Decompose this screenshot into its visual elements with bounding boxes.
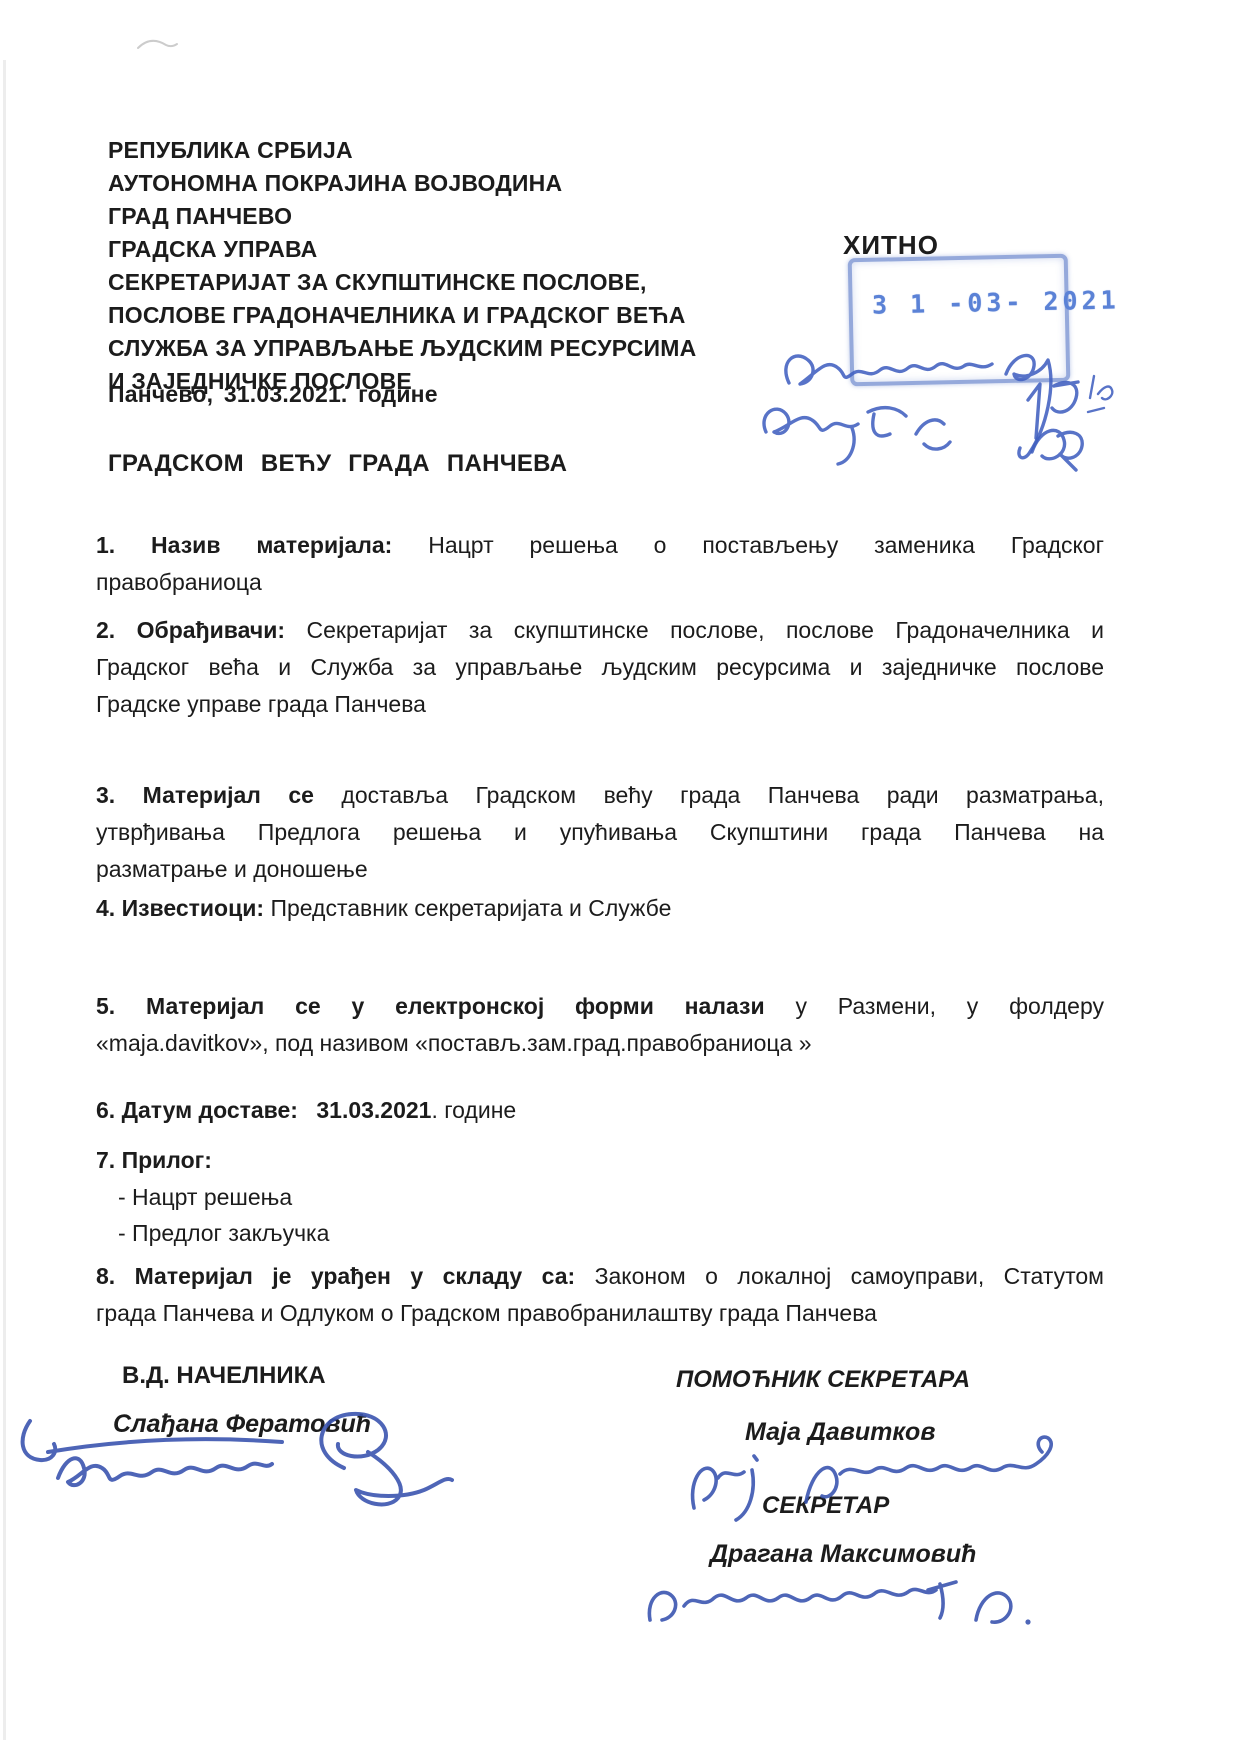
item-4-line-1: 4. Известиоци: Представник секретаријата… bbox=[96, 890, 1104, 927]
letterhead-line: ПОСЛОВЕ ГРАДОНАЧЕЛНИКА И ГРАДСКОГ ВЕЋА bbox=[108, 299, 696, 332]
pencil-mark bbox=[138, 41, 177, 48]
item-7-attachment-2: - Предлог закључка bbox=[96, 1215, 1104, 1251]
signature-right-name-2: Драгана Максимовић bbox=[710, 1540, 976, 1569]
item-6: 6. Датум доставе: 31.03.2021. године bbox=[96, 1092, 1104, 1129]
signature-right-handwriting-2: Драгана Максимовић bbox=[649, 1582, 1030, 1625]
item-6-date: 31.03.2021 bbox=[316, 1097, 431, 1123]
item-2-line-2: Градског већа и Служба за управљање људс… bbox=[96, 649, 1104, 686]
item-1-line-1: 1. Назив материјала: Нацрт решења о пост… bbox=[96, 527, 1104, 564]
item-7: 7. Прилог: - Нацрт решења - Предлог закљ… bbox=[96, 1142, 1104, 1251]
place-date-line: Панчево, 31.03.2021. године bbox=[108, 381, 438, 408]
signature-left-title: В.Д. НАЧЕЛНИКА bbox=[122, 1362, 326, 1390]
item-4: 4. Известиоци: Представник секретаријата… bbox=[96, 890, 1104, 927]
item-7-label: 7. Прилог: bbox=[96, 1147, 212, 1173]
item-8-line-1: 8. Материјал је урађен у складу са: Зако… bbox=[96, 1258, 1104, 1295]
item-3-line-3: разматрање и доношење bbox=[96, 851, 1104, 888]
letterhead-line: СЛУЖБА ЗА УПРАВЉАЊЕ ЉУДСКИМ РЕСУРСИМА bbox=[108, 332, 696, 365]
signature-right-title-1: ПОМОЋНИК СЕКРЕТАРА bbox=[676, 1366, 970, 1394]
letterhead-line: СЕКРЕТАРИЈАТ ЗА СКУПШТИНСКЕ ПОСЛОВЕ, bbox=[108, 266, 696, 299]
addressee-line: ГРАДСКОМ ВЕЋУ ГРАДА ПАНЧЕВА bbox=[108, 450, 567, 478]
item-1: 1. Назив материјала: Нацрт решења о пост… bbox=[96, 527, 1104, 601]
item-3: 3. Материјал се доставља Градском већу г… bbox=[96, 777, 1104, 888]
item-1-label: 1. Назив материјала: bbox=[96, 532, 392, 558]
item-1-line-2: правобраниоца bbox=[96, 564, 1104, 601]
received-stamp-box bbox=[848, 254, 1071, 387]
letterhead: РЕПУБЛИКА СРБИЈА АУТОНОМНА ПОКРАЈИНА ВОЈ… bbox=[108, 134, 696, 398]
item-6-line-1: 6. Датум доставе: 31.03.2021. године bbox=[96, 1092, 1104, 1129]
item-2-label: 2. Обрађивачи: bbox=[96, 617, 285, 643]
letterhead-line: ГРАД ПАНЧЕВО bbox=[108, 200, 696, 233]
item-2-line-3: Градске управе града Панчева bbox=[96, 686, 1104, 723]
letterhead-line: РЕПУБЛИКА СРБИЈА bbox=[108, 134, 696, 167]
item-6-label: 6. Датум доставе: bbox=[96, 1097, 298, 1123]
item-5-line-2: «maja.davitkov», под називом «постављ.за… bbox=[96, 1025, 1104, 1062]
item-3-line-2: утврђивања Предлога решења и упућивања С… bbox=[96, 814, 1104, 851]
document-page: РЕПУБЛИКА СРБИЈА АУТОНОМНА ПОКРАЈИНА ВОЈ… bbox=[0, 0, 1240, 1752]
scan-edge-artifact bbox=[3, 60, 6, 1740]
item-8: 8. Материјал је урађен у складу са: Зако… bbox=[96, 1258, 1104, 1332]
item-5-line-1: 5. Материјал се у електронској форми нал… bbox=[96, 988, 1104, 1025]
item-5-label: 5. Материјал се у електронској форми нал… bbox=[96, 993, 765, 1019]
item-7-label-line: 7. Прилог: bbox=[96, 1142, 1104, 1179]
item-5: 5. Материјал се у електронској форми нал… bbox=[96, 988, 1104, 1062]
item-3-label: 3. Материјал се bbox=[96, 782, 314, 808]
item-2-line-1: 2. Обрађивачи: Секретаријат за скупштинс… bbox=[96, 612, 1104, 649]
received-stamp-date: 3 1 -03- 2021 bbox=[872, 285, 1120, 319]
item-7-attachment-1: - Нацрт решења bbox=[96, 1179, 1104, 1215]
letterhead-line: АУТОНОМНА ПОКРАЈИНА ВОЈВОДИНА bbox=[108, 167, 696, 200]
item-8-line-2: града Панчева и Одлуком о Градском право… bbox=[96, 1295, 1104, 1332]
signature-right-name-1: Маја Давитков bbox=[745, 1418, 935, 1447]
item-4-label: 4. Известиоци: bbox=[96, 895, 264, 921]
item-3-line-1: 3. Материјал се доставља Градском већу г… bbox=[96, 777, 1104, 814]
stamp-handwritten-note-line2: седницу ГВ у 15,10 bbox=[764, 376, 1112, 470]
signature-left-name: Слађана Фератовић bbox=[113, 1410, 371, 1439]
letterhead-line: ГРАДСКА УПРАВА bbox=[108, 233, 696, 266]
item-2: 2. Обрађивачи: Секретаријат за скупштинс… bbox=[96, 612, 1104, 723]
signature-right-title-2: СЕКРЕТАР bbox=[762, 1492, 889, 1520]
item-8-label: 8. Материјал је урађен у складу са: bbox=[96, 1263, 575, 1289]
